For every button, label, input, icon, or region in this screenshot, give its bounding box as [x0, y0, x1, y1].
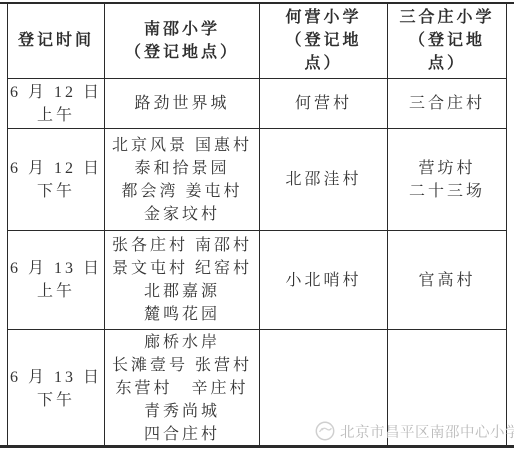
watermark-label: 北京市昌平区南邵中心小学: [340, 421, 514, 442]
table-row: 6 月 12 日 下午 北京风景 国惠村 泰和拾景园 都会湾 姜屯村 金家坟村 …: [8, 129, 507, 231]
cell-sanhezhuang-location: 营坊村 二十三场: [388, 129, 507, 231]
cell-time: 6 月 12 日 上午: [8, 79, 105, 129]
header-cell-sanhezhuang-school: 三合庄小学 （登记地 点）: [388, 3, 507, 79]
bottom-rule: [0, 445, 514, 448]
cell-nanshao-locations: 廊桥水岸 长滩壹号 张营村 东营村 辛庄村 青秀尚城 四合庄村: [105, 330, 260, 448]
cell-nanshao-locations: 张各庄村 南邵村 景文屯村 纪窑村 北郡嘉源 麓鸣花园: [105, 231, 260, 330]
cell-heying-location: 北邵洼村: [260, 129, 388, 231]
header-cell-heying-school: 何营小学 （登记地 点）: [260, 3, 388, 79]
cell-time: 6 月 13 日 下午: [8, 330, 105, 448]
header-cell-nanshao-school: 南邵小学 （登记地点）: [105, 3, 260, 79]
table-row: 6 月 13 日 上午 张各庄村 南邵村 景文屯村 纪窑村 北郡嘉源 麓鸣花园 …: [8, 231, 507, 330]
document-page: 登记时间 南邵小学 （登记地点） 何营小学 （登记地 点） 三合庄小学 （登记地…: [0, 0, 514, 454]
cell-heying-location: 小北哨村: [260, 231, 388, 330]
cell-time: 6 月 13 日 上午: [8, 231, 105, 330]
registration-table: 登记时间 南邵小学 （登记地点） 何营小学 （登记地 点） 三合庄小学 （登记地…: [7, 2, 507, 448]
table-header-row: 登记时间 南邵小学 （登记地点） 何营小学 （登记地 点） 三合庄小学 （登记地…: [8, 3, 507, 79]
school-logo-icon: [314, 420, 336, 442]
cell-nanshao-locations: 路劲世界城: [105, 79, 260, 129]
cell-sanhezhuang-location: 三合庄村: [388, 79, 507, 129]
table-row: 6 月 12 日 上午 路劲世界城 何营村 三合庄村: [8, 79, 507, 129]
watermark: 北京市昌平区南邵中心小学: [314, 417, 510, 445]
cell-heying-location: 何营村: [260, 79, 388, 129]
header-cell-time: 登记时间: [8, 3, 105, 79]
cell-sanhezhuang-location: 官高村: [388, 231, 507, 330]
cell-time: 6 月 12 日 下午: [8, 129, 105, 231]
cell-nanshao-locations: 北京风景 国惠村 泰和拾景园 都会湾 姜屯村 金家坟村: [105, 129, 260, 231]
